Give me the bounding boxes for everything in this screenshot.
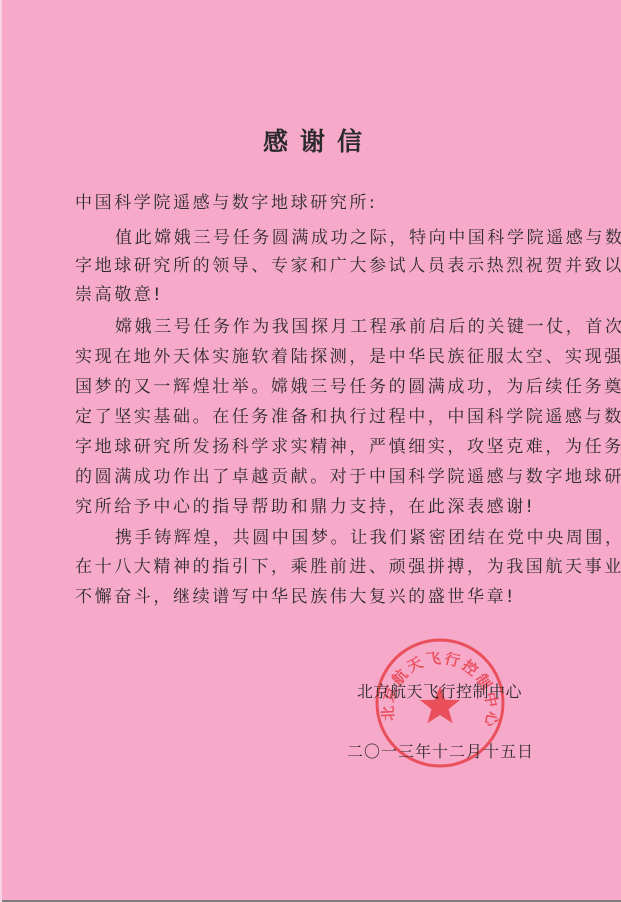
body-line: 定了坚实基础。在任务准备和执行过程中，中国科学院遥感与数 <box>75 407 621 427</box>
body-line: 在十八大精神的指引下，乘胜前进、顽强拼搏，为我国航天事业 <box>75 557 621 577</box>
body-line: 值此嫦娥三号任务圆满成功之际，特向中国科学院遥感与数 <box>115 228 621 248</box>
body-line: 究所给予中心的指导帮助和鼎力支持，在此深表感谢! <box>75 497 535 517</box>
body-line: 嫦娥三号任务作为我国探月工程承前启后的关键一仗，首次 <box>115 317 621 337</box>
body-line: 字地球研究所的领导、专家和广大参试人员表示热烈祝贺并致以 <box>75 256 621 276</box>
body-line: 国梦的又一辉煌壮举。嫦娥三号任务的圆满成功，为后续任务奠 <box>75 377 621 397</box>
body-line: 携手铸辉煌，共圆中国梦。让我们紧密团结在党中央周围， <box>115 528 621 548</box>
letter-title: 感谢信 <box>2 122 621 158</box>
body-line: 崇高敬意! <box>75 285 163 305</box>
body-line: 不懈奋斗，继续谱写中华民族伟大复兴的盛世华章! <box>75 587 516 607</box>
letter-date: 二〇一三年十二月十五日 <box>347 742 534 762</box>
body-line: 字地球研究所发扬科学求实精神，严慎细实，攻坚克难，为任务 <box>75 437 621 457</box>
body-line: 实现在地外天体实施软着陆探测，是中华民族征服太空、实现强 <box>75 347 621 367</box>
signature-organization: 北京航天飞行控制中心 <box>357 682 522 702</box>
letter-page: 感谢信 中国科学院遥感与数字地球研究所: 值此嫦娥三号任务圆满成功之际，特向中国… <box>0 0 621 902</box>
body-line: 的圆满成功作出了卓越贡献。对于中国科学院遥感与数字地球研 <box>75 467 621 487</box>
salutation: 中国科学院遥感与数字地球研究所: <box>75 193 377 213</box>
